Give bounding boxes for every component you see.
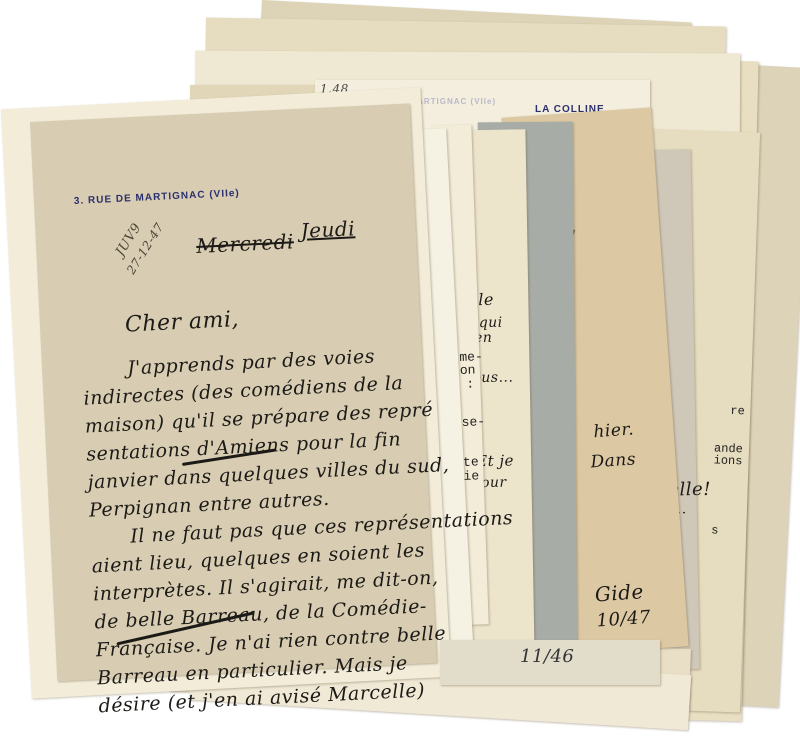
typed-fragment: re [730,404,745,418]
handwriting-fragment: Dans [590,449,637,472]
sheet-bottom-date: 11/46 [440,640,660,685]
typed-fragment: ions [713,453,742,468]
struck-date: Mercredi [196,229,295,258]
signature-date: 10/47 [596,607,652,632]
handwriting-fragment: le [478,290,494,309]
handwriting-fragment: qui [479,315,503,331]
signature: Gide [594,579,645,606]
letters-photo: RUE DE MARTIGNAC (VIIe) LA COLLINE VALLO… [0,0,800,748]
typed-fragment: ie [463,468,479,484]
letter-line: Perpignan entre autres. [89,488,331,522]
front-letter: 3. RUE DE MARTIGNAC (VIIe) JUV9 27-12-47… [30,103,437,681]
typed-fragment: : [466,377,474,392]
bottom-date: 11/46 [520,646,574,667]
typed-fragment: s [711,523,719,537]
letter-date: Jeudi [300,216,356,243]
typed-fragment: se- [461,414,485,430]
salutation: Cher ami, [124,307,239,338]
handwriting-fragment: hier. [593,419,635,442]
letterhead-address: 3. RUE DE MARTIGNAC (VIIe) [74,188,240,207]
